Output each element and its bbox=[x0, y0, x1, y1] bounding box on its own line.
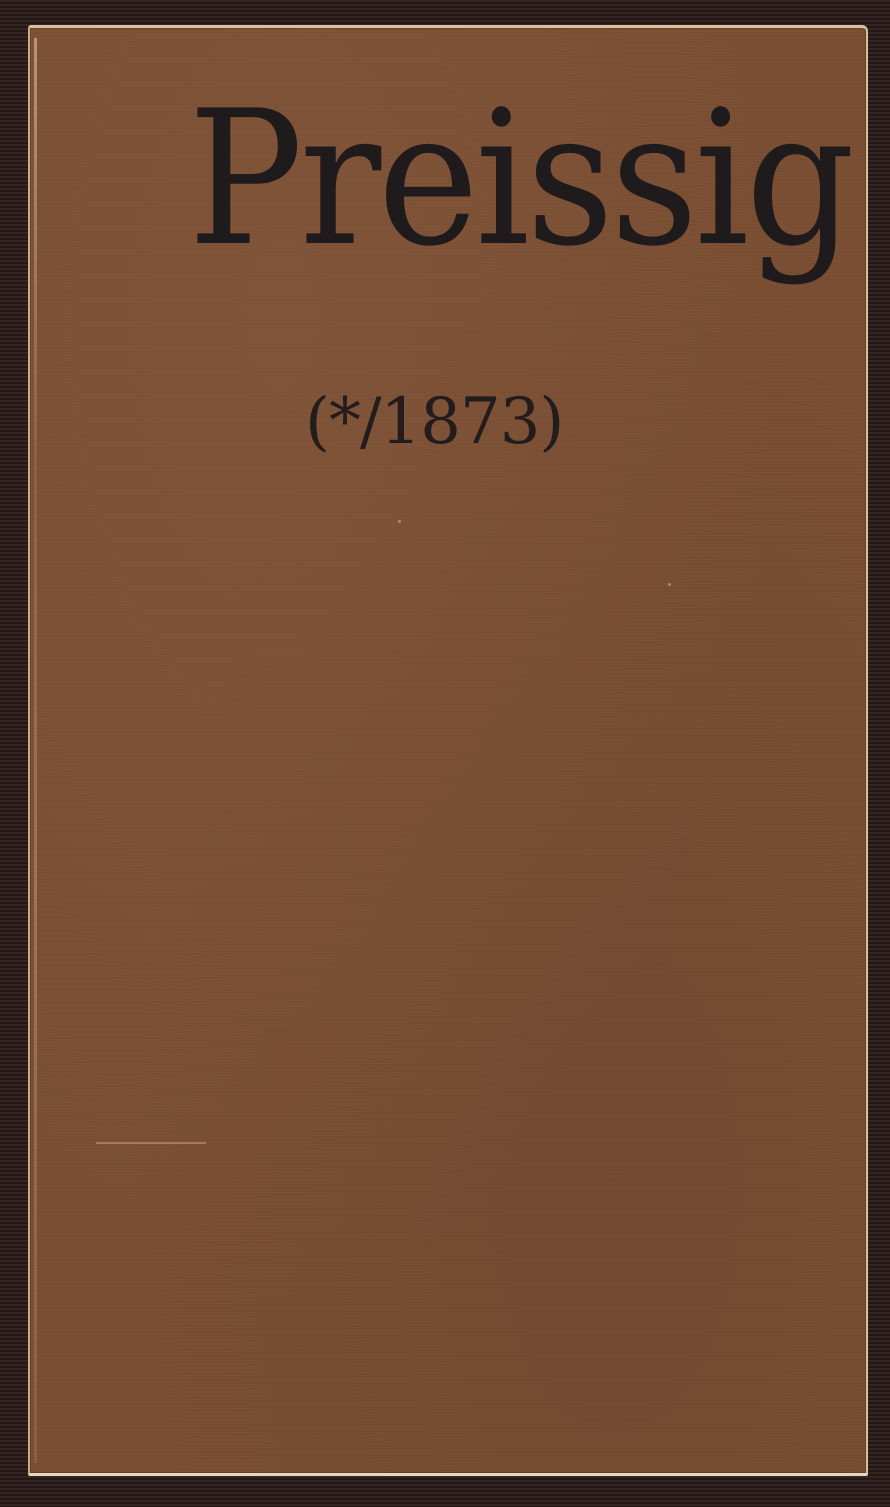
cover-title: Preissig bbox=[188, 86, 851, 272]
worn-spine-edge bbox=[34, 38, 37, 1463]
surface-scratch bbox=[96, 1142, 206, 1144]
surface-speck bbox=[668, 583, 671, 586]
surface-speck bbox=[398, 520, 401, 523]
book-cover: Preissig (*/1873) bbox=[28, 25, 868, 1476]
cover-birth-year: (*/1873) bbox=[305, 390, 563, 454]
